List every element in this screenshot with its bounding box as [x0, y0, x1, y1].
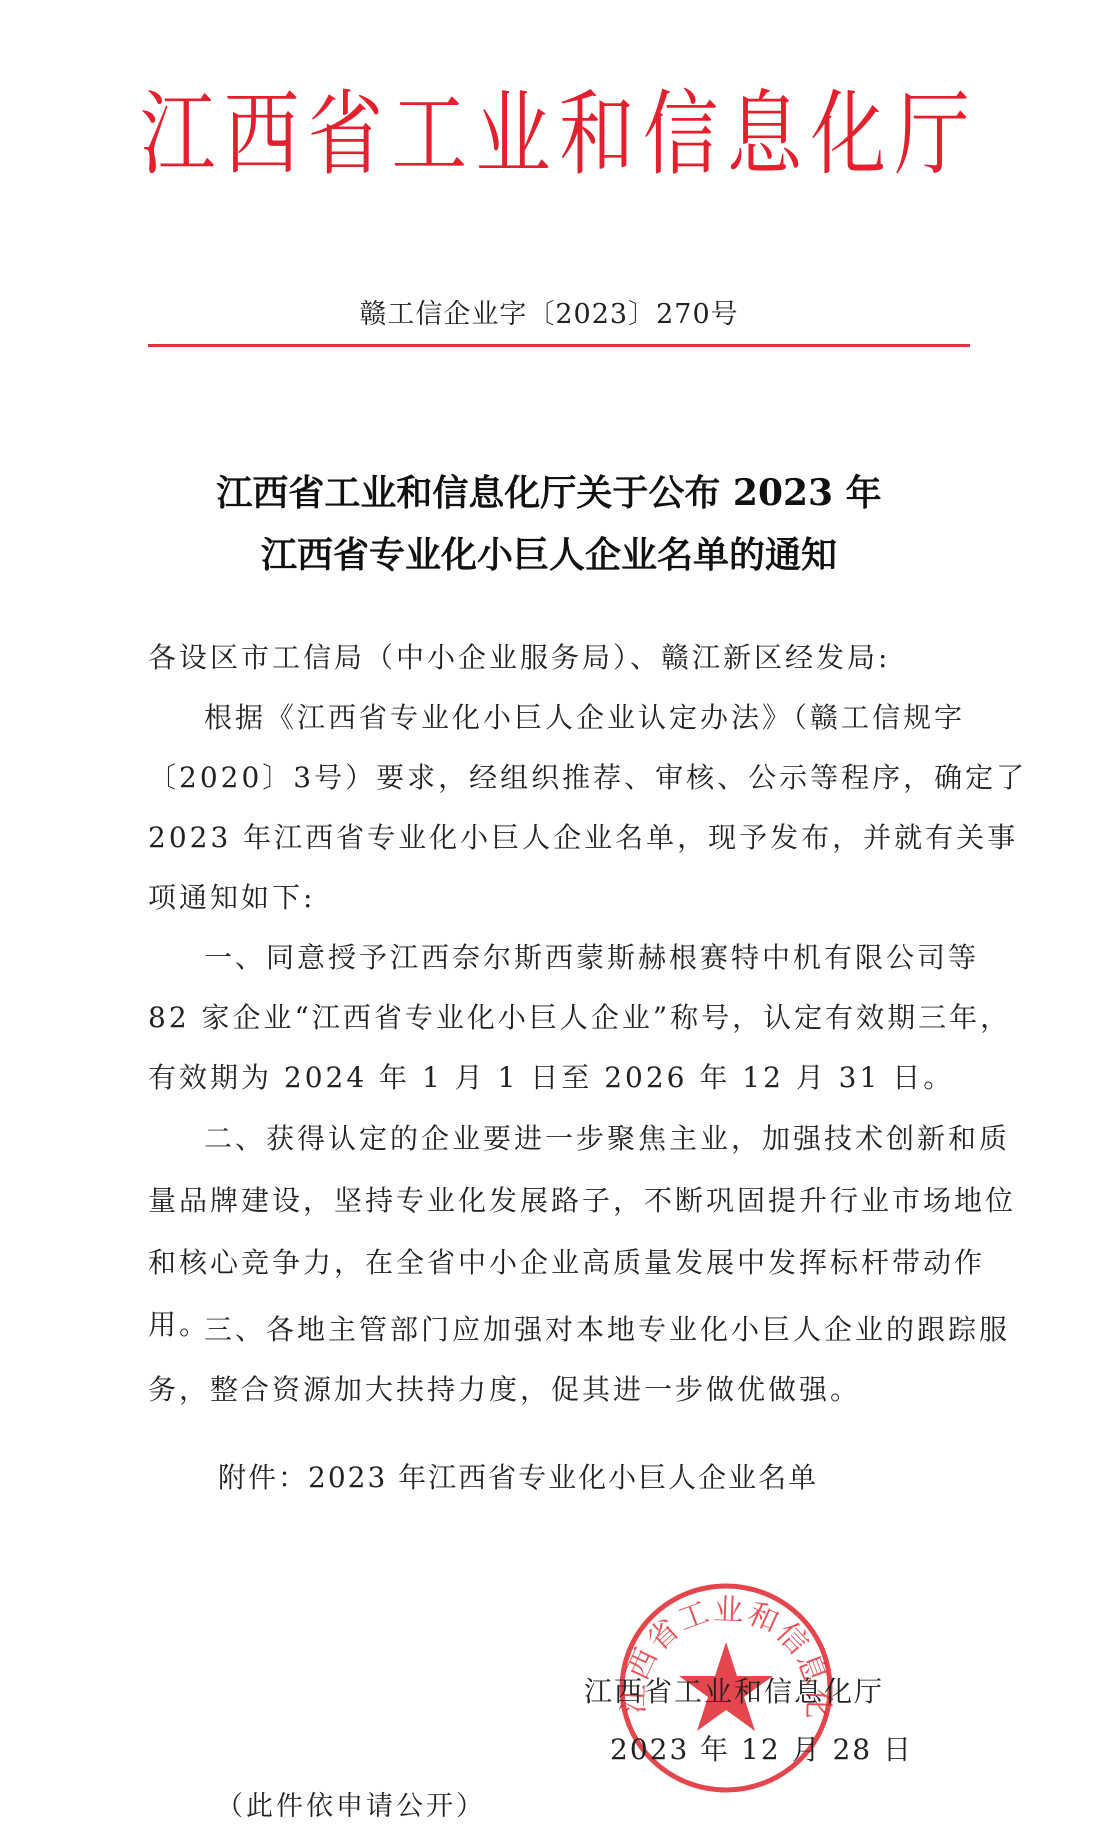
header-char: 化 [811, 61, 886, 193]
notice-title: 江西省工业和信息化厅关于公布 2023 年 江西省专业化小巨人企业名单的通知 [0, 462, 1098, 586]
item-three-paragraph: 三、各地主管部门应加强对本地专业化小巨人企业的跟踪服 务，整合资源加大扶持力度，… [148, 1300, 970, 1420]
paragraph-line: 量品牌建设，坚持专业化发展路子，不断巩固提升行业市场地位 [148, 1170, 970, 1232]
header-char: 西 [224, 61, 299, 193]
paragraph-line: 2023 年江西省专业化小巨人企业名单，现予发布，并就有关事 [148, 808, 970, 868]
paragraph-line: 项通知如下: [148, 868, 970, 928]
header-char: 工 [391, 61, 466, 193]
issuing-authority-header: 江 西 省 工 业 和 信 息 化 厅 [140, 62, 970, 192]
intro-paragraph: 根据《江西省专业化小巨人企业认定办法》（赣工信规字 〔2020〕3号）要求，经组… [148, 688, 970, 928]
header-char: 信 [643, 61, 718, 193]
disclosure-note: （此件依申请公开） [216, 1784, 486, 1823]
header-char: 息 [727, 61, 802, 193]
header-char: 业 [475, 61, 550, 193]
paragraph-line: 有效期为 2024 年 1 月 1 日至 2026 年 12 月 31 日。 [148, 1048, 970, 1108]
salutation: 各设区市工信局（中小企业服务局）、赣江新区经发局: [148, 628, 970, 688]
paragraph-line: 根据《江西省专业化小巨人企业认定办法》（赣工信规字 [148, 688, 970, 748]
header-char: 厅 [894, 61, 969, 193]
attachment-note: 附件：2023 年江西省专业化小巨人企业名单 [218, 1456, 818, 1496]
paragraph-line: 〔2020〕3号）要求，经组织推荐、审核、公示等程序，确定了 [148, 748, 970, 808]
header-char: 和 [559, 61, 634, 193]
notice-title-line-2: 江西省专业化小巨人企业名单的通知 [0, 524, 1098, 586]
header-char: 省 [308, 61, 383, 193]
document-number: 赣工信企业字〔2023〕270号 [0, 292, 1098, 331]
paragraph-line: 二、获得认定的企业要进一步聚焦主业，加强技术创新和质 [148, 1108, 970, 1170]
paragraph-line: 一、同意授予江西奈尔斯西蒙斯赫根赛特中机有限公司等 [148, 928, 970, 988]
header-char: 江 [140, 61, 215, 193]
signing-authority: 江西省工业和信息化厅 [584, 1670, 884, 1710]
paragraph-line: 82 家企业“江西省专业化小巨人企业”称号，认定有效期三年， [148, 988, 970, 1048]
item-one-paragraph: 一、同意授予江西奈尔斯西蒙斯赫根赛特中机有限公司等 82 家企业“江西省专业化小… [148, 928, 970, 1108]
paragraph-line: 和核心竞争力，在全省中小企业高质量发展中发挥标杆带动作 [148, 1232, 970, 1294]
header-divider [148, 344, 970, 347]
signing-date: 2023 年 12 月 28 日 [610, 1728, 913, 1768]
paragraph-line: 三、各地主管部门应加强对本地专业化小巨人企业的跟踪服 [148, 1300, 970, 1360]
notice-title-line-1: 江西省工业和信息化厅关于公布 2023 年 [0, 462, 1098, 524]
paragraph-line: 务，整合资源加大扶持力度，促其进一步做优做强。 [148, 1360, 970, 1420]
